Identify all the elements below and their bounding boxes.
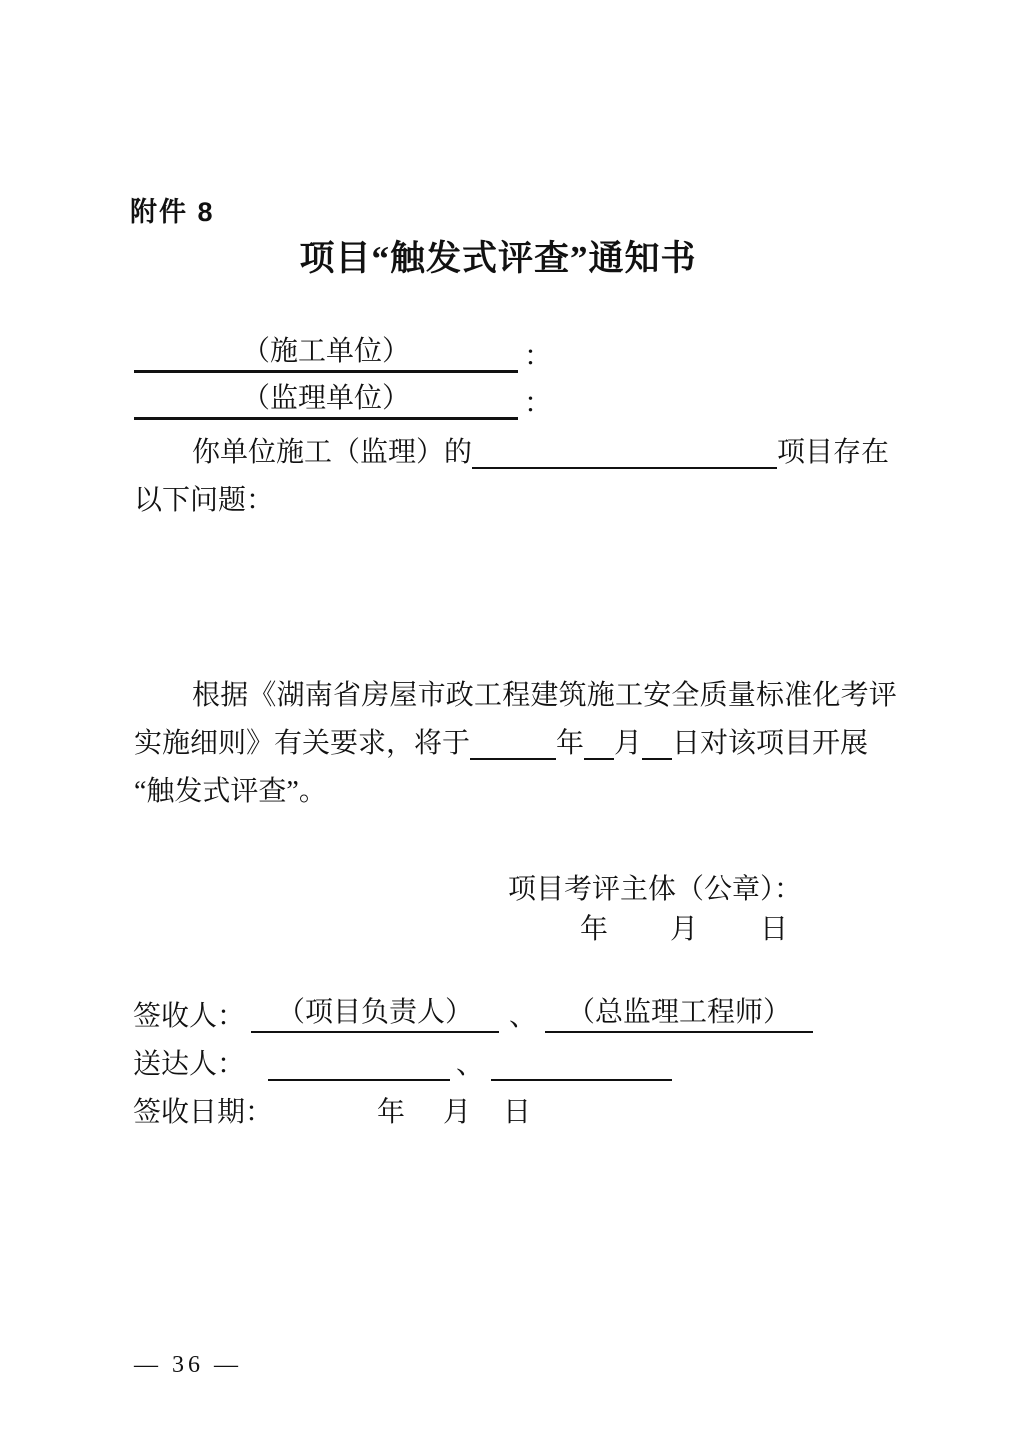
seal-line-text: 项目考评主体（公章）： — [508, 874, 802, 906]
para2-line3-text: “触发式评查”。 — [134, 776, 327, 808]
receipt-date-row: 签收日期： 年 月 日 — [133, 1097, 531, 1129]
para1-line2: 以下问题： — [134, 485, 274, 517]
para2-line2: 实施细则》有关要求，将于 年 月 日对该项目开展 — [134, 728, 868, 760]
construction-unit-blank: （施工单位） — [134, 336, 518, 373]
para1-text-before: 你单位施工（监理）的 — [192, 437, 472, 469]
document-page: 附件 8 项目“触发式评查”通知书 （施工单位） ： （监理单位） ： 你单位施… — [0, 0, 1024, 1448]
receipt-month-label: 月 — [443, 1097, 471, 1129]
document-title: 项目“触发式评查”通知书 — [0, 231, 996, 281]
receipt-date-label: 签收日期： — [133, 1097, 273, 1129]
para2-line2-text-before: 实施细则》有关要求，将于 — [134, 728, 470, 760]
seal-line: 项目考评主体（公章）： — [508, 874, 802, 906]
receiver-blank-2: （总监理工程师） — [545, 997, 813, 1033]
attachment-label: 附件 8 — [130, 190, 215, 229]
supervision-unit-row: （监理单位） ： — [134, 383, 552, 420]
day-blank — [642, 728, 672, 760]
deliverer-row: 送达人： 、 — [133, 1049, 672, 1081]
signature-date-line: 年 月 日 — [580, 914, 788, 946]
para2-line1: 根据《湖南省房屋市政工程建筑施工安全质量标准化考评 — [134, 680, 897, 712]
construction-unit-colon: ： — [524, 341, 552, 373]
receiver-row: 签收人： （项目负责人） 、 （总监理工程师） — [133, 997, 813, 1033]
deliverer-label: 送达人： — [133, 1049, 245, 1081]
para1-line1: 你单位施工（监理）的 项目存在 — [134, 437, 889, 469]
receipt-year-label: 年 — [377, 1097, 405, 1129]
deliverer-blank-1 — [268, 1049, 450, 1081]
signature-year-label: 年 — [580, 914, 608, 946]
supervision-unit-blank: （监理单位） — [134, 383, 518, 420]
deliverer-separator: 、 — [456, 1049, 484, 1081]
month-label: 月 — [614, 728, 642, 760]
receiver-blank-1: （项目负责人） — [251, 997, 499, 1033]
receiver-label: 签收人： — [133, 1001, 245, 1033]
para2-line3: “触发式评查”。 — [134, 776, 327, 808]
para2-line2-text-after: 日对该项目开展 — [672, 728, 868, 760]
signature-day-label: 日 — [760, 914, 788, 946]
signature-month-label: 月 — [670, 914, 698, 946]
year-blank — [470, 728, 556, 760]
project-name-blank — [472, 437, 777, 469]
construction-unit-row: （施工单位） ： — [134, 336, 552, 373]
para1-line2-text: 以下问题： — [134, 485, 274, 517]
para1-text-after: 项目存在 — [777, 437, 889, 469]
page-number: — 36 — — [134, 1352, 242, 1379]
month-blank — [584, 728, 614, 760]
receiver-separator: 、 — [509, 1001, 537, 1033]
year-label: 年 — [556, 728, 584, 760]
deliverer-blank-2 — [491, 1049, 672, 1081]
supervision-unit-colon: ： — [524, 388, 552, 420]
para2-line1-text: 根据《湖南省房屋市政工程建筑施工安全质量标准化考评 — [192, 680, 897, 712]
receipt-day-label: 日 — [503, 1097, 531, 1129]
